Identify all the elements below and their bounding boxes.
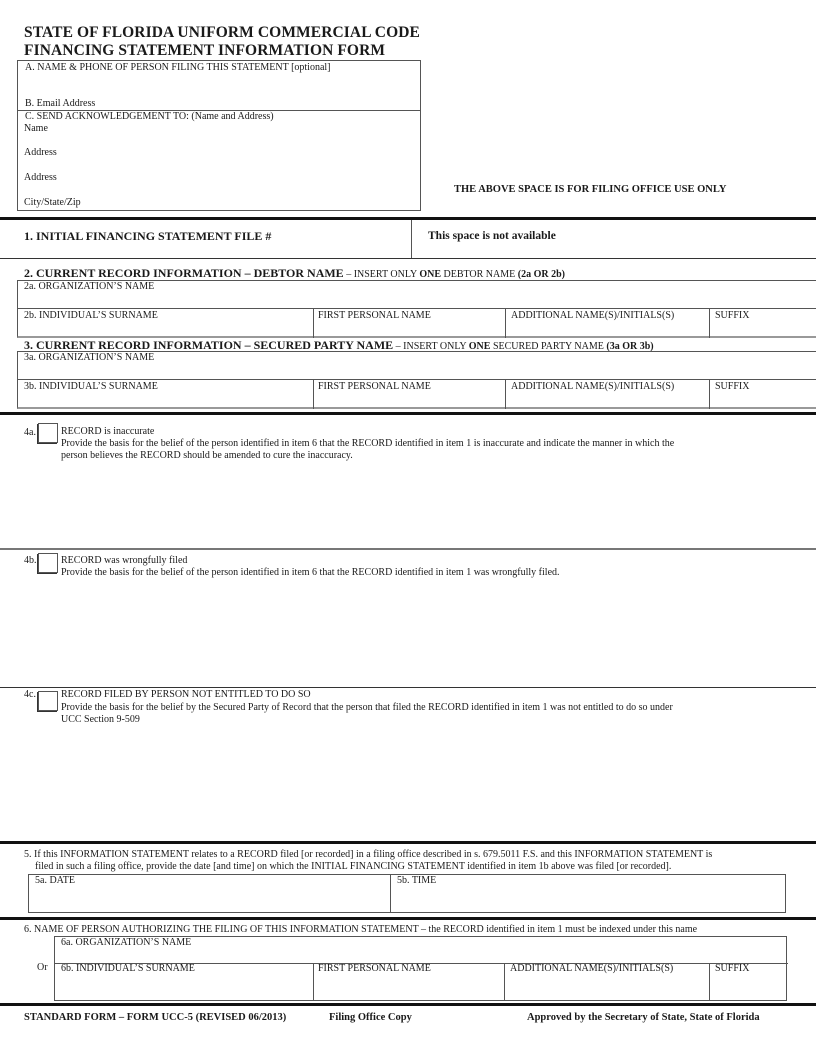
debtor-note-suffix: DEBTOR NAME (441, 269, 518, 280)
section-divider (0, 687, 816, 688)
debtor-first-name-field[interactable] (314, 322, 505, 336)
time-field[interactable] (391, 887, 785, 912)
secured-first-name-field[interactable] (314, 393, 505, 407)
initial-file-number-label: 1. INITIAL FINANCING STATEMENT FILE # (24, 229, 271, 243)
item-4b-id: 4b. (24, 555, 37, 567)
divider (411, 220, 412, 258)
ack-address2-label: Address (24, 172, 57, 184)
authorizing-first-name-field[interactable] (314, 976, 504, 1000)
form-identifier: STANDARD FORM – FORM UCC-5 (REVISED 06/2… (24, 1012, 286, 1023)
section-divider (0, 217, 816, 220)
authorizing-additional-label: ADDITIONAL NAME(S)/INITIALS(S) (510, 963, 673, 975)
divider (18, 379, 816, 380)
secured-org-field[interactable] (18, 364, 816, 379)
send-ack-label: C. SEND ACKNOWLEDGEMENT TO: (Name and Ad… (25, 111, 274, 123)
authorizing-surname-field[interactable] (55, 976, 313, 1000)
debtor-note-prefix: – INSERT ONLY (344, 269, 420, 280)
item-4a-title: RECORD is inaccurate (61, 426, 154, 438)
form-title-line1: STATE OF FLORIDA UNIFORM COMMERCIAL CODE (24, 24, 420, 42)
copy-label: Filing Office Copy (329, 1012, 412, 1023)
debtor-surname-field[interactable] (18, 322, 313, 336)
unavailable-note: This space is not available (428, 230, 556, 242)
debtor-first-name-label: FIRST PERSONAL NAME (318, 310, 431, 322)
item-4a-id: 4a. (24, 427, 36, 439)
ack-address2-field[interactable] (24, 184, 418, 196)
debtor-surname-label: 2b. INDIVIDUAL’S SURNAME (24, 310, 158, 322)
section-divider (0, 1003, 816, 1006)
email-field[interactable] (108, 98, 418, 110)
debtor-suffix-label: SUFFIX (715, 310, 749, 322)
date-time-table: 5a. DATE 5b. TIME (28, 874, 786, 913)
authorizing-suffix-label: SUFFIX (715, 963, 749, 975)
secured-suffix-field[interactable] (710, 393, 798, 407)
secured-org-label: 3a. ORGANIZATION’S NAME (24, 352, 154, 364)
secured-suffix-label: SUFFIX (715, 381, 749, 393)
secured-first-name-label: FIRST PERSONAL NAME (318, 381, 431, 393)
item-4c-id: 4c. (24, 689, 36, 701)
secured-party-table: 3a. ORGANIZATION’S NAME 3b. INDIVIDUAL’S… (17, 351, 816, 409)
section-divider (0, 841, 816, 844)
secured-additional-field[interactable] (506, 393, 709, 407)
section-divider (0, 917, 816, 920)
filing-office-note: THE ABOVE SPACE IS FOR FILING OFFICE USE… (454, 184, 726, 195)
authorizing-org-label: 6a. ORGANIZATION’S NAME (61, 937, 191, 949)
item-4a-desc-line2: person believes the RECORD should be ame… (61, 450, 353, 462)
or-label: Or (37, 962, 48, 974)
item-4c-explanation-field[interactable] (61, 730, 801, 835)
ack-address1-field[interactable] (24, 159, 418, 171)
ack-address1-label: Address (24, 147, 57, 159)
item-4a-explanation-field[interactable] (61, 466, 801, 546)
date-field[interactable] (29, 887, 390, 912)
date-label: 5a. DATE (35, 875, 75, 887)
debtor-heading-text: 2. CURRENT RECORD INFORMATION – DEBTOR N… (24, 266, 344, 280)
not-entitled-checkbox[interactable] (38, 691, 58, 711)
form-title-line2: FINANCING STATEMENT INFORMATION FORM (24, 42, 385, 60)
secured-additional-label: ADDITIONAL NAME(S)/INITIALS(S) (511, 381, 674, 393)
secured-surname-label: 3b. INDIVIDUAL’S SURNAME (24, 381, 158, 393)
authorizing-person-heading: 6. NAME OF PERSON AUTHORIZING THE FILING… (24, 924, 697, 936)
debtor-additional-label: ADDITIONAL NAME(S)/INITIALS(S) (511, 310, 674, 322)
approval-note: Approved by the Secretary of State, Stat… (527, 1012, 760, 1023)
debtor-name-table: 2a. ORGANIZATION’S NAME 2b. INDIVIDUAL’S… (17, 280, 816, 338)
ack-name-field[interactable] (24, 135, 418, 147)
section-divider (0, 412, 816, 415)
secured-surname-field[interactable] (18, 393, 313, 407)
item-4c-title: RECORD FILED BY PERSON NOT ENTITLED TO D… (61, 689, 311, 701)
authorizing-additional-field[interactable] (505, 976, 709, 1000)
item-4b-explanation-field[interactable] (61, 582, 801, 682)
item-4a-desc-line1: Provide the basis for the belief of the … (61, 438, 674, 450)
debtor-org-field[interactable] (18, 293, 816, 308)
item-4b-title: RECORD was wrongfully filed (61, 555, 187, 567)
divider (18, 308, 816, 309)
record-inaccurate-checkbox[interactable] (38, 423, 58, 443)
section5-text-line2: filed in such a filing office, provide t… (35, 861, 671, 873)
debtor-additional-field[interactable] (506, 322, 709, 336)
debtor-org-label: 2a. ORGANIZATION’S NAME (24, 281, 154, 293)
section-divider (0, 258, 816, 259)
section-divider (0, 548, 816, 550)
debtor-note-choice: (2a OR 2b) (518, 269, 565, 280)
time-label: 5b. TIME (397, 875, 436, 887)
authorizing-first-name-label: FIRST PERSONAL NAME (318, 963, 431, 975)
authorizing-person-table: 6a. ORGANIZATION’S NAME 6b. INDIVIDUAL’S… (54, 936, 787, 1001)
secured-heading-text: 3. CURRENT RECORD INFORMATION – SECURED … (24, 338, 393, 352)
item-4b-desc-line1: Provide the basis for the belief of the … (61, 567, 560, 579)
debtor-note-one: ONE (419, 269, 441, 280)
item-4c-desc-line1: Provide the basis for the belief by the … (61, 702, 673, 714)
item-4c-desc-line2: UCC Section 9-509 (61, 714, 140, 726)
email-label: B. Email Address (25, 98, 95, 110)
wrongfully-filed-checkbox[interactable] (38, 553, 58, 573)
initial-file-number-field[interactable] (24, 243, 409, 255)
section5-text-line1: 5. If this INFORMATION STATEMENT relates… (24, 849, 712, 861)
filer-info-box: A. NAME & PHONE OF PERSON FILING THIS ST… (17, 60, 421, 211)
debtor-suffix-field[interactable] (710, 322, 798, 336)
authorizing-suffix-field[interactable] (710, 976, 786, 1000)
ack-name-label: Name (24, 123, 48, 135)
authorizing-org-field[interactable] (55, 949, 786, 963)
ack-city-label: City/State/Zip (24, 197, 81, 209)
authorizing-surname-label: 6b. INDIVIDUAL’S SURNAME (61, 963, 195, 975)
